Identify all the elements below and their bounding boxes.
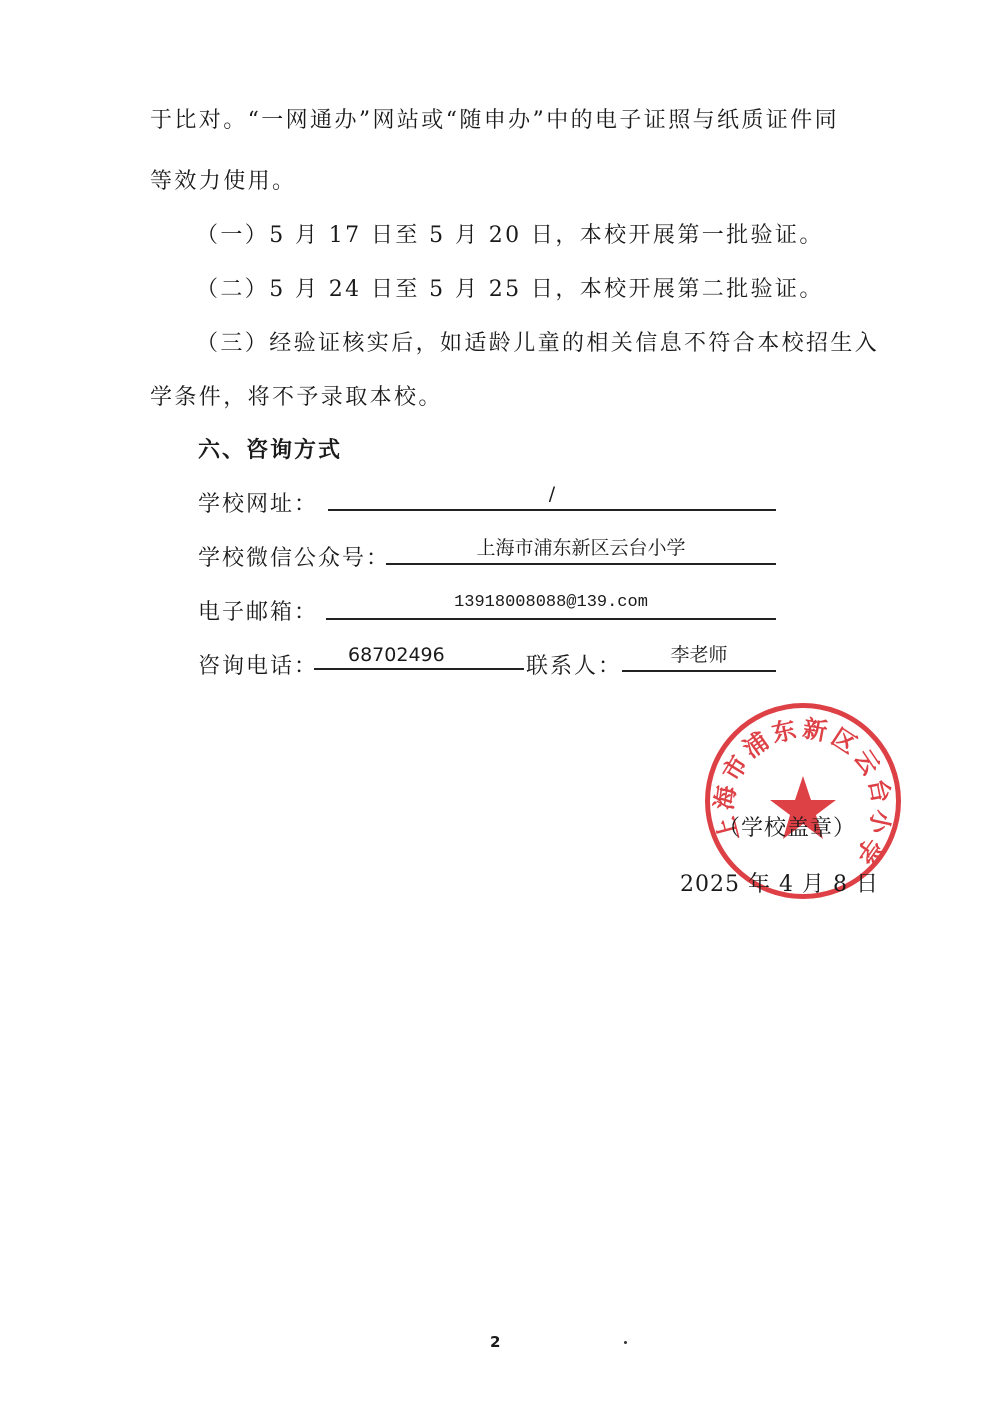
scan-speck <box>624 1341 627 1344</box>
contact-person-label: 联系人： <box>526 649 622 680</box>
verification-item-3: （三）经验证核实后，如适龄儿童的相关信息不符合本校招生入 <box>196 326 879 357</box>
email-label: 电子邮箱： <box>198 595 318 626</box>
contact-person-value: 李老师 <box>622 640 776 672</box>
stamp-note: （学校盖章） <box>718 811 856 842</box>
wechat-label: 学校微信公众号： <box>198 541 390 572</box>
wechat-value: 上海市浦东新区云台小学 <box>386 533 776 565</box>
page-number: 2 <box>490 1333 500 1351</box>
website-label: 学校网址： <box>198 487 318 518</box>
phone-value: 68702496 <box>314 640 524 670</box>
paragraph-line: 等效力使用。 <box>150 164 296 195</box>
paragraph-line: 学条件，将不予录取本校。 <box>150 380 443 411</box>
website-value: / <box>328 479 776 511</box>
verification-item-2: （二）5 月 24 日至 5 月 25 日，本校开展第二批验证。 <box>196 272 824 303</box>
section-heading: 六、咨询方式 <box>198 433 342 464</box>
signature-date: 2025 年 4 月 8 日 <box>680 867 879 898</box>
paragraph-line: 于比对。“一网通办”网站或“随申办”中的电子证照与纸质证件同 <box>150 103 839 134</box>
email-value: 13918008088@139.com <box>326 588 776 620</box>
verification-item-1: （一）5 月 17 日至 5 月 20 日，本校开展第一批验证。 <box>196 218 824 249</box>
phone-label: 咨询电话： <box>198 649 318 680</box>
